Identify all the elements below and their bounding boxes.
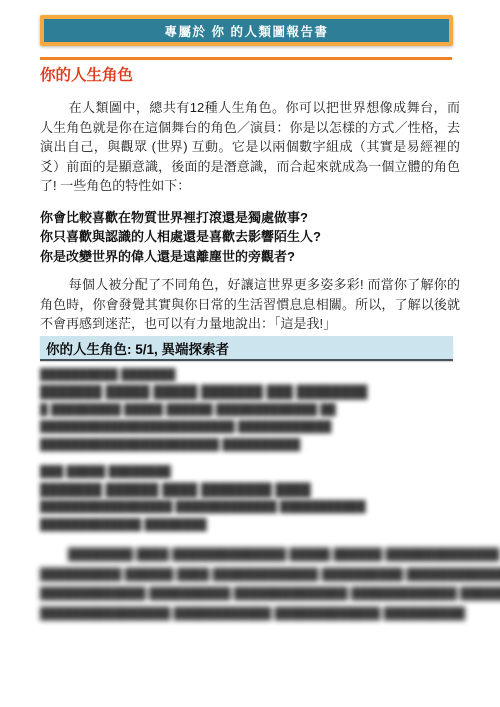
redacted-line: ███████ ██████ ████ ████████ ████ — [40, 482, 460, 500]
redacted-line: ███████████████████████ ██████████ — [40, 437, 460, 455]
redacted-line: █ █████████ █████ ██████ █████████████ █… — [40, 402, 460, 420]
role-subheader-title: 你的人生角色: 5/1, 異端探索者 — [46, 342, 229, 357]
banner-title: 專屬於 你 的人類圖報告書 — [165, 22, 329, 40]
section-heading: 你的人生角色 — [40, 67, 460, 85]
redacted-line: █████████████ ██████████ ██████████████ … — [40, 585, 460, 605]
question-line: 你會比較喜歡在物質世界裡打滾還是獨處做事? — [40, 208, 460, 228]
redacted-line: ██████████ ███████ — [40, 367, 460, 385]
redacted-line: ████████ ████ ██████████████ █████ █████… — [40, 546, 460, 566]
redacted-line: ██████████ ██████ ████ █████████████ ███… — [40, 566, 460, 586]
report-banner: 專屬於 你 的人類圖報告書 — [40, 15, 453, 46]
redacted-line: ███ █████ ████████ — [40, 464, 460, 482]
redacted-line: ███████ █████ █████ ███████ ███ ████████ — [40, 384, 460, 402]
redacted-line: █████████████████ █████████████ ████████… — [40, 499, 460, 517]
question-line: 你只喜歡與認識的人相處還是喜歡去影響陌生人? — [40, 227, 460, 247]
redacted-line: █████████████████████████ ████████████ — [40, 419, 460, 437]
report-page: 專屬於 你 的人類圖報告書 你的人生角色 在人類圖中，總共有12種人生角色。你可… — [0, 0, 500, 707]
redacted-block-1: ██████████ ███████ ███████ █████ █████ █… — [40, 367, 460, 455]
question-line: 你是改變世界的偉人還是遠離塵世的旁觀者? — [40, 247, 460, 267]
intro-paragraph: 在人類圖中，總共有12種人生角色。你可以把世界想像成舞台，而人生角色就是你在這個… — [40, 98, 460, 196]
redacted-line: ████████████████ ████████████ ██████████… — [40, 605, 460, 625]
redacted-block-2: ███ █████ ████████ ███████ ██████ ████ █… — [40, 464, 460, 534]
closing-paragraph: 每個人被分配了不同角色，好讓這世界更多姿多彩! 而當你了解你的角色時，你會發覺其… — [40, 275, 460, 334]
redacted-paragraph: ████████ ████ ██████████████ █████ █████… — [40, 546, 460, 624]
redacted-line: █████████████ ████████ — [40, 517, 460, 535]
orange-divider — [40, 57, 452, 60]
questions-block: 你會比較喜歡在物質世界裡打滾還是獨處做事? 你只喜歡與認識的人相處還是喜歡去影響… — [40, 208, 460, 267]
role-subheader-bar: 你的人生角色: 5/1, 異端探索者 — [40, 336, 453, 361]
